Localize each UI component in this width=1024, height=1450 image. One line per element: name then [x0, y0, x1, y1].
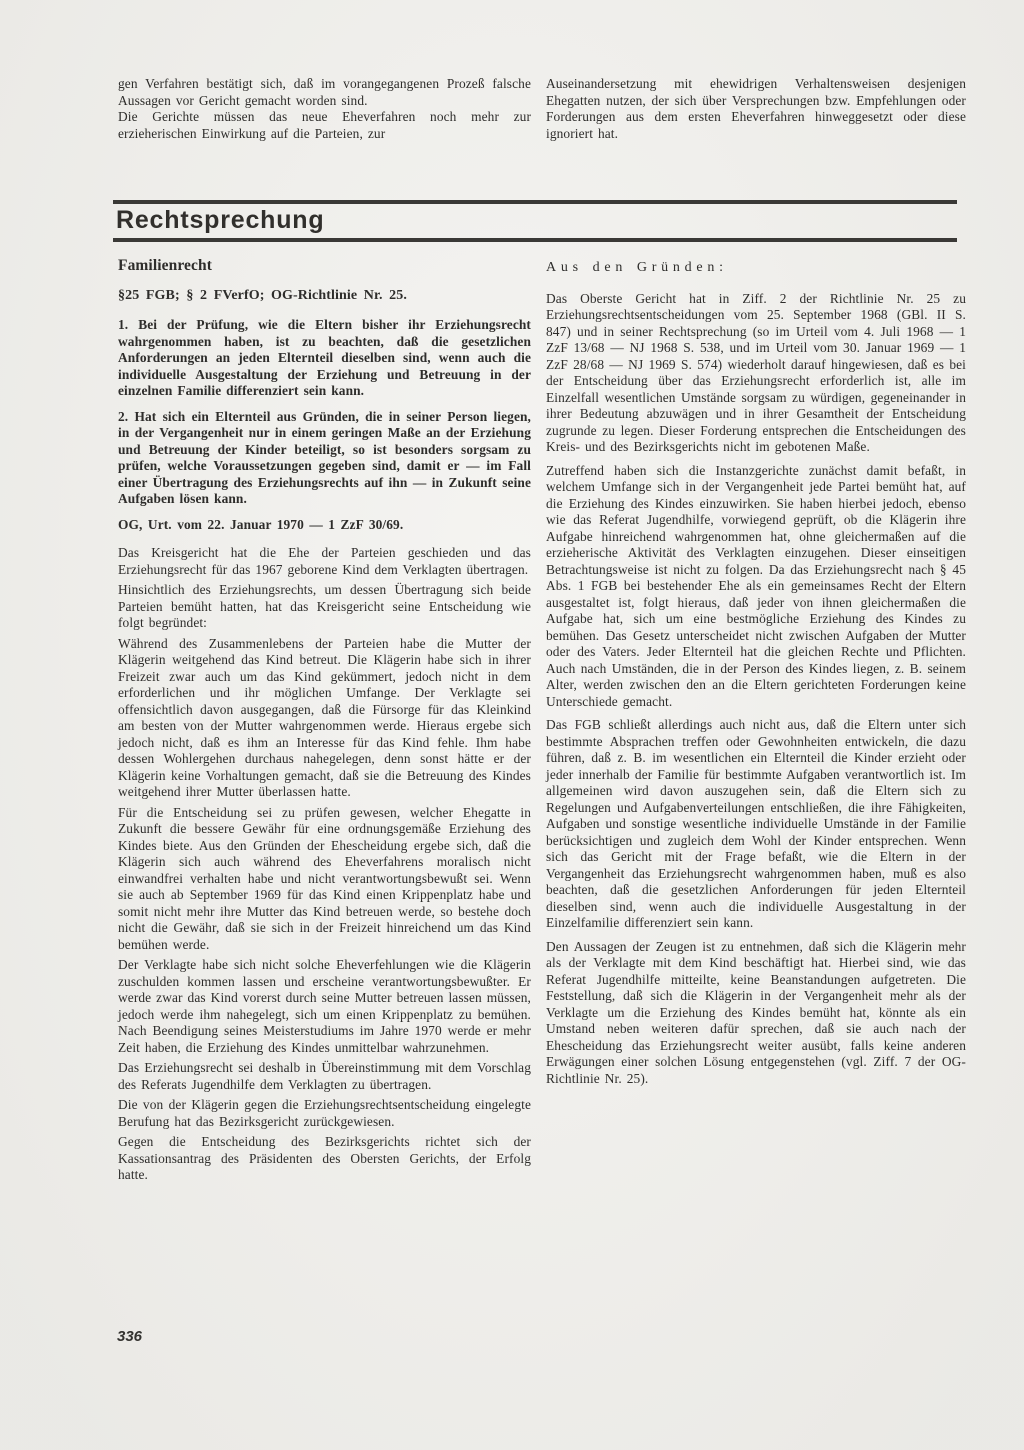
left-column: Familienrecht §25 FGB; § 2 FVerfO; OG-Ri… — [118, 258, 531, 1188]
law-area-heading: Familienrecht — [118, 258, 531, 275]
body-paragraph: Während des Zusammenlebens der Parteien … — [118, 636, 531, 801]
journal-page: gen Verfahren bestätigt sich, daß im vor… — [0, 0, 1024, 1450]
body-paragraph: Das Oberste Gericht hat in Ziff. 2 der R… — [546, 291, 966, 456]
headnote-2: 2. Hat sich ein Elternteil aus Gründen, … — [118, 409, 531, 508]
body-paragraph: Die von der Klägerin gegen die Erziehung… — [118, 1097, 531, 1130]
right-column: Aus den Gründen: Das Oberste Gericht hat… — [546, 258, 966, 1094]
body-paragraph: Zutreffend haben sich die Instanzgericht… — [546, 463, 966, 711]
body-paragraph: Den Aussagen der Zeugen ist zu entnehmen… — [546, 939, 966, 1088]
intro-left-column: gen Verfahren bestätigt sich, daß im vor… — [118, 76, 531, 142]
body-paragraph: Für die Entscheidung sei zu prüfen gewes… — [118, 805, 531, 954]
body-paragraph: Der Verklagte habe sich nicht solche Ehe… — [118, 957, 531, 1056]
intro-paragraph: Die Gerichte müssen das neue Eheverfahre… — [118, 109, 531, 142]
intro-right-column: Auseinandersetzung mit ehewidrigen Verha… — [546, 76, 966, 142]
grounds-heading: Aus den Gründen: — [546, 260, 966, 277]
section-title: Rechtsprechung — [116, 206, 957, 235]
section-banner: Rechtsprechung — [113, 200, 957, 242]
statute-reference: §25 FGB; § 2 FVerfO; OG-Richtlinie Nr. 2… — [118, 288, 531, 305]
body-paragraph: Das Kreisgericht hat die Ehe der Parteie… — [118, 545, 531, 578]
body-paragraph: Das Erziehungsrecht sei deshalb in Übere… — [118, 1060, 531, 1093]
body-paragraph: Hinsichtlich des Erziehungsrechts, um de… — [118, 582, 531, 632]
intro-paragraph: Auseinandersetzung mit ehewidrigen Verha… — [546, 76, 966, 142]
case-citation: OG, Urt. vom 22. Januar 1970 — 1 ZzF 30/… — [118, 517, 531, 534]
headnote-1: 1. Bei der Prüfung, wie die Eltern bishe… — [118, 317, 531, 400]
page-number: 336 — [117, 1328, 142, 1345]
body-paragraph: Gegen die Entscheidung des Bezirksgerich… — [118, 1134, 531, 1184]
intro-paragraph: gen Verfahren bestätigt sich, daß im vor… — [118, 76, 531, 109]
body-paragraph: Das FGB schließt allerdings auch nicht a… — [546, 717, 966, 932]
